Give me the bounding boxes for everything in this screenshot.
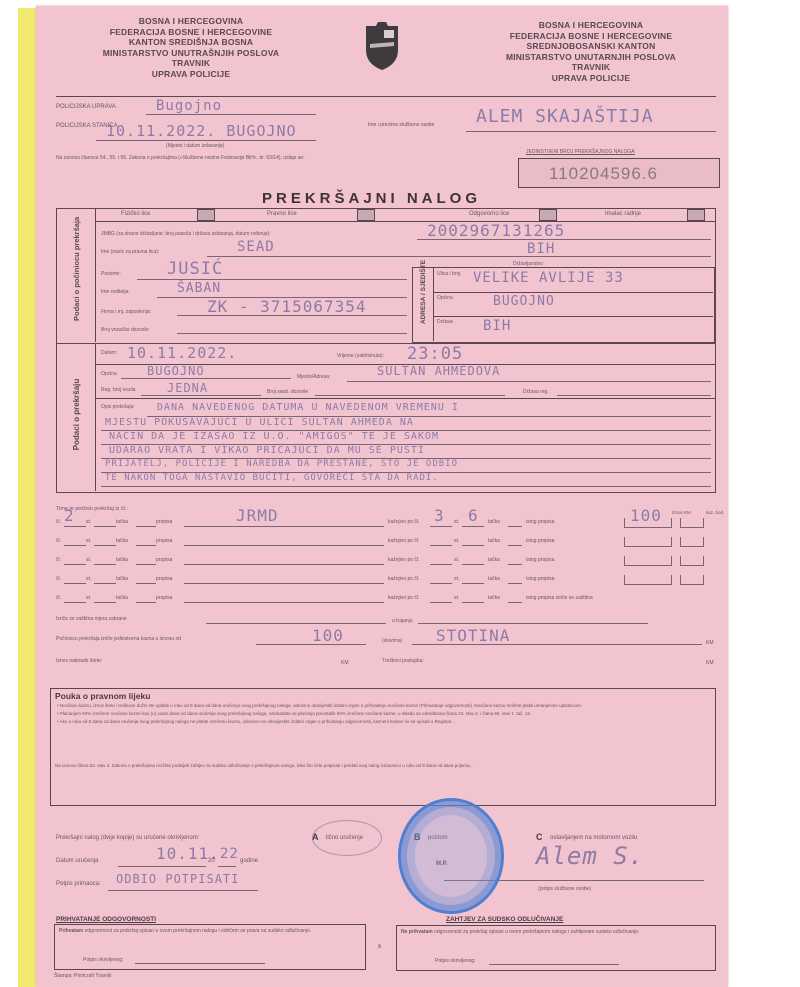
opis-line: UDARAO VRATA I VIKAO PRIČAJUĆI DA MU SE … (109, 445, 425, 456)
cl-line[interactable] (64, 602, 86, 603)
kaznjivo-cl-line[interactable] (430, 545, 452, 546)
ime-label: Ime (naziv za pravna lica): (101, 249, 159, 255)
st-label: st. (86, 538, 91, 544)
vrijeme-label: Vrijeme (sati/minuta): (337, 353, 384, 359)
tacka-label: tačka (116, 519, 128, 525)
tacka-label: tačka (116, 576, 128, 582)
propisa-line[interactable] (184, 545, 384, 546)
adresa-drzava-value[interactable]: BIH (483, 318, 511, 334)
kaznjivo-st-line[interactable] (462, 564, 484, 565)
troskovi-postupka-label: Troškovi postupka: (382, 658, 424, 664)
jmbg-label: JMBG (za strane državljane: broj pasoša … (101, 231, 271, 237)
potpis-primaoca-value[interactable]: ODBIO POTPISATI (116, 872, 239, 886)
serial-number-box: 110204596.6 (518, 158, 720, 188)
propisa-label: propisa (156, 557, 172, 563)
kaznjivo-label: kažnjivo po čl. (388, 538, 419, 544)
godine-label: godine (240, 858, 258, 864)
kaznjivo-label: kažnjivo po čl. (388, 519, 419, 525)
iznos-header: Iznos KM (672, 510, 691, 515)
propisa-label: propisa (156, 519, 172, 525)
tacka-line[interactable] (136, 602, 156, 603)
propisa-line[interactable] (184, 583, 384, 584)
bod-field[interactable] (680, 575, 704, 585)
ili-label: ili (378, 944, 381, 950)
kaznjivo-tacka-line[interactable] (508, 583, 522, 584)
checkbox-imalac-radnje[interactable] (687, 209, 705, 221)
potpis-primaoca-label: Potpis primaoca: (56, 881, 101, 887)
ime-value[interactable]: SEAD (237, 239, 275, 255)
cl-label: čl. (56, 557, 61, 563)
propisa-label: propisa (156, 538, 172, 544)
type-fizicko-lice: Fizičko lice (121, 211, 150, 217)
novcana-value[interactable]: 100 (312, 626, 344, 645)
drzava-reg-label: Država reg. (523, 389, 549, 395)
offense-section-label: Podaci o prekršaju (72, 367, 81, 462)
kaznjivo-cl-line[interactable] (430, 564, 452, 565)
sluzbena-osoba-value[interactable]: ALEM SKAJAŠTIJA (476, 106, 654, 127)
kaznjivo-tacka-line[interactable] (508, 526, 522, 527)
ime-roditelja-label: Ime roditelja: (101, 289, 130, 295)
serial-number: 110204596.6 (549, 164, 658, 184)
cl-line[interactable] (64, 583, 86, 584)
year-value[interactable]: 22 (220, 846, 239, 862)
st-label: st. (86, 595, 91, 601)
bod-header: kaz. bod. (706, 510, 724, 515)
type-odgovorno-lice: Odgovorno lice (469, 211, 509, 217)
tacka-label: tačka (116, 557, 128, 563)
propisa-line[interactable] (184, 602, 384, 603)
ulica-label: Ulica i broj (437, 271, 460, 277)
mjesto-value[interactable]: SULTAN AHMEDOVA (377, 364, 500, 378)
slovima-value[interactable]: STOTINA (436, 626, 510, 645)
iznos-field[interactable] (624, 575, 672, 585)
policijska-uprava-value[interactable]: Bugojno (156, 98, 222, 114)
official-stamp (398, 798, 504, 914)
field-line (96, 140, 316, 141)
broj-dozvole-label: Broj vozačke dozvole: (101, 327, 150, 333)
naknada-stete-label: Iznos naknade štete: (56, 658, 102, 664)
policijska-stanica-value[interactable]: 10.11.2022. BUGOJNO (106, 122, 297, 140)
left-signature-label: Potpis okrivljenog: (83, 957, 124, 963)
zastitna-label: Izriče se zaštitna mjera zabrane (56, 616, 127, 622)
novcana-label: Počiniocu prekršaja izriče jedinstvena k… (56, 636, 181, 642)
violation-propisa-value[interactable]: JRMD (236, 506, 279, 525)
field-line (146, 114, 316, 115)
ulica-value[interactable]: VELIKE AVLIJE 33 (473, 270, 624, 286)
kaznjivo-st-line[interactable] (462, 526, 484, 527)
cl-label: čl. (56, 595, 61, 601)
offense-section: Podaci o prekršaju Datum: 10.11.2022. Vr… (56, 343, 716, 493)
opcina-value[interactable]: BUGOJNO (147, 364, 205, 378)
datum-label: Datum: (101, 350, 117, 356)
st-line[interactable] (94, 583, 116, 584)
kaznjivo-tacka-label: tačka (488, 576, 500, 582)
cl-line[interactable] (64, 564, 86, 565)
kaznjivo-label: kažnjivo po čl. (388, 595, 419, 601)
checkbox-odgovorno-lice[interactable] (539, 209, 557, 221)
st-line[interactable] (94, 564, 116, 565)
kaznjivo-tacka-label: tačka (488, 557, 500, 563)
prihvatanje-box[interactable]: Prihvatam odgovornost za prekršaj opisan… (54, 924, 366, 970)
kaznjivo-st-label: st. (454, 595, 459, 601)
kaznjivo-cl-line[interactable] (430, 602, 452, 603)
broj-saob-label: Broj saob. dozvole (267, 389, 308, 395)
opis-label: Opis prekršaja: (101, 404, 135, 410)
st-line[interactable] (94, 526, 116, 527)
datum-value[interactable]: 10.11.2022. (127, 344, 237, 362)
km-label: KM (706, 640, 714, 646)
kaznjivo-label: kažnjivo po čl. (388, 557, 419, 563)
header-right: BOSNA I HERCEGOVINAFEDERACIJA BOSNE I HE… (456, 20, 726, 83)
trajanje-label: u trajanju (392, 618, 413, 624)
adresa-drzava-label: Država (437, 319, 453, 325)
kaznjivo-cl-line[interactable] (430, 583, 452, 584)
checkbox-pravno-lice[interactable] (357, 209, 375, 221)
reg-label: Reg. broj vozila (101, 387, 135, 393)
policijska-uprava-label: POLICIJSKA UPRAVA (56, 104, 116, 110)
propisa-line[interactable] (184, 526, 384, 527)
iznos-field[interactable] (624, 537, 672, 547)
prezime-value[interactable]: JUSIĆ (167, 259, 223, 279)
tacka-line[interactable] (136, 564, 156, 565)
sluzbena-osoba-label: Ime i prezime službene osobe (368, 122, 434, 128)
year-prefix: 20 (208, 858, 215, 864)
tacka-label: tačka (116, 595, 128, 601)
pouka-bullets: • Novčanu kaznu, iznos štete i troškove … (57, 703, 707, 725)
bod-field[interactable] (680, 537, 704, 547)
delivery-option-c[interactable]: ostavljanjem na motornom vozilu (550, 835, 637, 841)
opis-line: NAČIN DA JE IZAŠAO IZ U.O. "AMIGOS" TE J… (109, 431, 439, 442)
violation-kaznjivo-cl-value[interactable]: 3 (434, 506, 445, 525)
kaznjivo-tacka-label: tačka (488, 595, 500, 601)
propisa-line[interactable] (184, 564, 384, 565)
tacka-label: tačka (116, 538, 128, 544)
pouka-paragraph: Na osnovu člana 63. stav 3. Zakona o pre… (55, 763, 709, 769)
tacka-line[interactable] (136, 583, 156, 584)
kaznjivo-st-label: st. (454, 557, 459, 563)
prezime-label: Prezime: (101, 271, 121, 277)
option-a-circle-mark (312, 820, 382, 856)
propisa-label: propisa (156, 576, 172, 582)
st-line[interactable] (94, 602, 116, 603)
address-section: ADRESA / SJEDIŠTE Ulica i broj VELIKE AV… (412, 267, 715, 343)
printer-imprint: Štampa: Printcraft Travnik (54, 973, 112, 979)
cl-line[interactable] (64, 545, 86, 546)
kaznjivo-cl-line[interactable] (430, 526, 452, 527)
jmbg-value[interactable]: 2002967131265 (427, 221, 565, 240)
opis-line: TE NAKON TOGA NASTAVIO BUČITI, GOVOREĆI … (105, 473, 439, 483)
iznos-field[interactable] (624, 556, 672, 566)
violation-kaznjivo-st-value[interactable]: 6 (468, 506, 479, 525)
pouka-section: Pouka o pravnom lijeku • Novčanu kaznu, … (50, 688, 716, 806)
opcina-label: Općina (101, 371, 117, 377)
kaznjivo-tacka-line[interactable] (508, 564, 522, 565)
kaznjivo-st-label: st. (454, 576, 459, 582)
drzavljanstvo-value[interactable]: BIH (527, 241, 555, 257)
ime-roditelja-value[interactable]: ŠABAN (177, 281, 221, 296)
opis-line: DANA NAVEDENOG DATUMA U NAVEDENOM VREMEN… (157, 402, 459, 413)
slovima-label: (slovima) (382, 638, 402, 644)
opis-line: MJESTU POKUŠAVAJUĆI U ULICI SULTAN AHMED… (105, 417, 414, 428)
type-pravno-lice: Pravno lice (267, 211, 297, 217)
bod-field[interactable] (680, 518, 704, 528)
datum-urucenja-label: Datum uručenja (56, 858, 98, 864)
istog-propisa-label: istog propisa (526, 538, 554, 544)
field-line (466, 131, 716, 132)
mjesto-label: Mjesto/Adresa: (297, 374, 330, 380)
kaznjivo-st-label: st. (454, 538, 459, 544)
adresa-opcina-label: Općina (437, 295, 453, 301)
st-line[interactable] (94, 545, 116, 546)
cl-label: čl. (56, 519, 61, 525)
form-title: PREKRŠAJNI NALOG (262, 190, 481, 207)
checkbox-fizicko-lice[interactable] (197, 209, 215, 221)
offender-section-label: Podaci o počiniocu prekršaja (72, 226, 81, 321)
delivery-option-c-letter[interactable]: C (536, 832, 543, 842)
violation-cl-value[interactable]: 2 (64, 506, 75, 525)
bod-field[interactable] (680, 556, 704, 566)
kaznjivo-st-line[interactable] (462, 583, 484, 584)
kaznjivo-label: kažnjivo po čl. (388, 576, 419, 582)
zastitna-line[interactable] (206, 623, 386, 624)
kaznjivo-tacka-line[interactable] (508, 545, 522, 546)
cl-line[interactable] (64, 526, 86, 527)
opis-line: PRIJATELJ, POLICIJE I NAREDBA DA PRESTAN… (105, 459, 458, 469)
trajanje-line[interactable] (418, 623, 648, 624)
tacka-line[interactable] (136, 545, 156, 546)
istog-propisa-label: istog propisa (526, 576, 554, 582)
st-label: st. (86, 519, 91, 525)
kaznjivo-st-line[interactable] (462, 602, 484, 603)
delivery-label: Prekršajni nalog (dvije kopije) su uruče… (56, 835, 199, 841)
officer-signature: Alem S. (536, 842, 644, 870)
kaznjivo-st-label: st. (454, 519, 459, 525)
naknada-km: KM (341, 660, 349, 666)
istog-propisa-label: istog propisa (526, 557, 554, 563)
cl-label: čl. (56, 538, 61, 544)
potpis-sluzbene-label: (potpis službene osobe) (538, 886, 591, 892)
kaznjivo-tacka-line[interactable] (508, 602, 522, 603)
st-label: st. (86, 576, 91, 582)
address-section-label: ADRESA / SJEDIŠTE (420, 279, 427, 324)
istog-propisa-label: istog propisa izriče se zaštitna (526, 595, 593, 601)
right-signature-label: Potpis okrivljenog: (435, 958, 476, 964)
zahtjev-box[interactable]: Ne prihvatam odgovornost za prekršaj opi… (396, 925, 716, 971)
firma-value[interactable]: ZK - 3715067354 (207, 297, 367, 316)
pouka-title: Pouka o pravnom lijeku (55, 691, 150, 701)
vrijeme-value[interactable]: 23:05 (407, 344, 463, 364)
type-imalac-radnje: Imalac radnje (605, 211, 641, 217)
kaznjivo-st-line[interactable] (462, 545, 484, 546)
propisa-label: propisa (156, 595, 172, 601)
violation-iznos-value[interactable]: 100 (630, 506, 662, 525)
reg-value[interactable]: JEDNA (167, 381, 208, 395)
legal-basis-text: Na osnovu članova 54., 55. i 56. Zakona … (56, 155, 304, 161)
st-label: st. (86, 557, 91, 563)
mjesto-datum-caption: (Mjesto i datum izdavanja) (166, 143, 224, 149)
kaznjivo-tacka-label: tačka (488, 538, 500, 544)
istog-propisa-label: istog propisa (526, 519, 554, 525)
header-left: BOSNA I HERCEGOVINAFEDERACIJA BOSNE I HE… (56, 16, 326, 79)
zahtjev-title: ZAHTJEV ZA SUDSKO ODLUČIVANJE (446, 916, 563, 923)
offender-section: Podaci o počiniocu prekršaja Fizičko lic… (56, 208, 716, 344)
coat-of-arms-icon (362, 20, 402, 72)
kaznjivo-tacka-label: tačka (488, 519, 500, 525)
prihvatanje-title: PRIHVATANJE ODGOVORNOSTI (56, 916, 156, 923)
cl-label: čl. (56, 576, 61, 582)
adresa-opcina-value[interactable]: BUGOJNO (493, 294, 555, 309)
header-divider (56, 96, 716, 97)
serial-label: JEDINSTVENI BROJ PREKRŠAJNOG NALOGA (526, 149, 635, 155)
firma-label: Firma i mj. zaposlenja: (101, 309, 151, 315)
troskovi-km: KM (706, 660, 714, 666)
tacka-line[interactable] (136, 526, 156, 527)
prekrsajni-nalog-form: BOSNA I HERCEGOVINAFEDERACIJA BOSNE I HE… (36, 6, 728, 987)
